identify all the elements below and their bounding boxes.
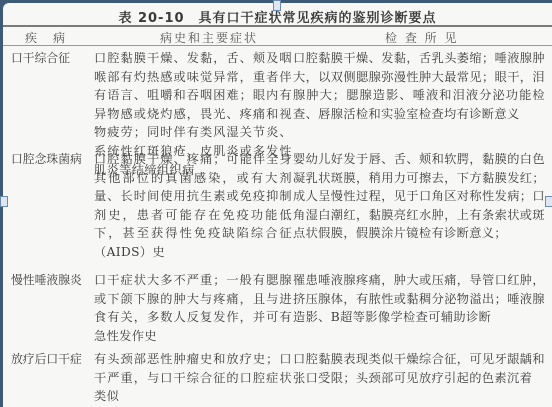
header-history: 病史和主要症状 bbox=[160, 29, 258, 46]
header-findings: 检 查 所 见 bbox=[385, 29, 458, 46]
selection-handle-right[interactable] bbox=[545, 196, 552, 207]
row-2-findings: 婴幼儿好发于唇、舌、颊和软腭，黏膜的白色凝乳状斑膜，稍用力可擦去，下方黏膜发红；… bbox=[293, 150, 545, 243]
header-rule bbox=[3, 45, 552, 46]
row-1-disease: 口干综合征 bbox=[11, 49, 93, 68]
selection-handle-left[interactable] bbox=[0, 196, 8, 207]
row-4-history: 有头颈部恶性肿瘤史和放疗史；口干严重，与口干综合征的口腔症状类似 bbox=[94, 350, 292, 406]
row-3-history: 口干症状大多不严重；一般有腮腺或下颌下腺的肿大与疼痛，且与进食有关，多数人反复发… bbox=[94, 271, 292, 345]
row-3-disease: 慢性唾液腺炎 bbox=[11, 271, 93, 290]
top-rule bbox=[3, 25, 552, 27]
document-page: 表 20-10 具有口干症状常见疾病的鉴别诊断要点 疾 病 病史和主要症状 检 … bbox=[3, 3, 552, 407]
row-4-disease: 放疗后口干症 bbox=[11, 350, 93, 369]
row-1-findings: 口腔黏膜干燥、发黏，舌乳头萎缩；唾液腺肿大，以双侧腮腺弥漫性肿大最常见；眼干，泪… bbox=[293, 49, 545, 123]
row-2-history: 口腔黏膜干燥、疼痛；可能伴全身其他部位的真菌感染，或有大剂量、长时间使用抗生素或… bbox=[94, 150, 292, 262]
selection-handle-top[interactable] bbox=[273, 0, 281, 11]
row-4-findings: 口腔黏膜表现类似干燥综合征，可见牙龈龋和张口受限；头颈部可见放疗引起的色素沉着 bbox=[293, 350, 545, 387]
row-3-findings: 罹患唾液腺疼痛，肿大或压痛，导管口红肿，挤压腺体，有脓性或黏稠分泌物溢出；唾液腺… bbox=[293, 271, 545, 327]
row-2-disease: 口腔念珠菌病 bbox=[11, 150, 93, 169]
header-disease: 疾 病 bbox=[25, 29, 67, 46]
